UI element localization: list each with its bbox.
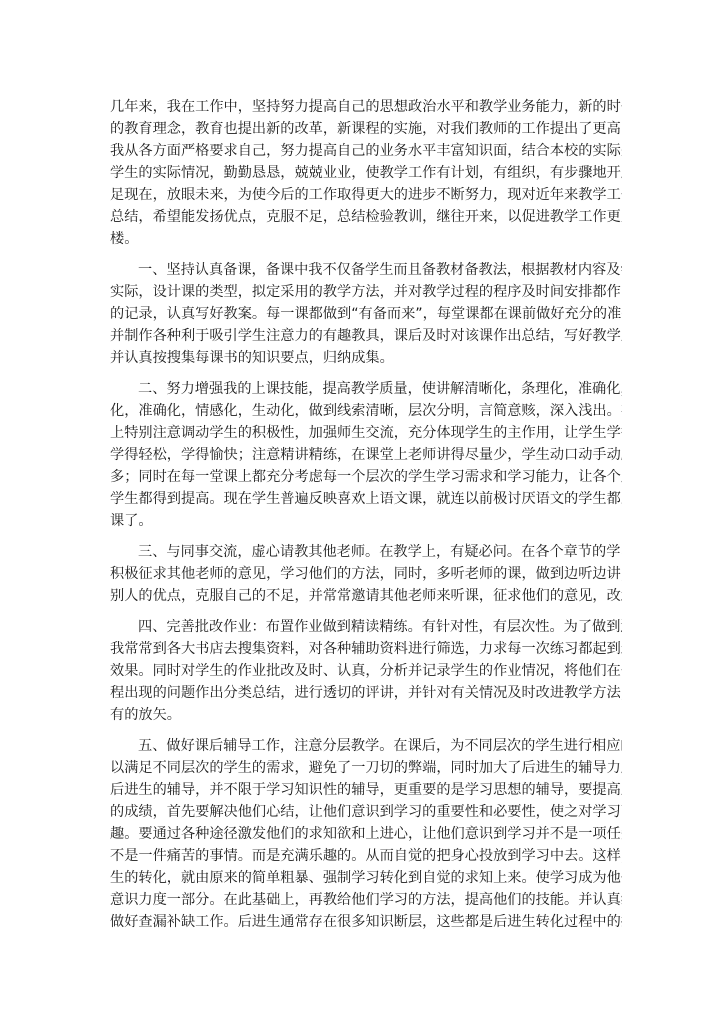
text-line: 多；同时在每一堂课上都充分考虑每一个层次的学生学习需求和学习能力，让各个层次的 — [110, 466, 622, 488]
text-line: 并制作各种利于吸引学生注意力的有趣教具，课后及时对该课作出总结，写好教学后记， — [110, 325, 622, 347]
text-line: 我从各方面严格要求自己，努力提高自己的业务水平丰富知识面，结合本校的实际条件和 — [110, 140, 622, 162]
section-3-heading-line: 三、与同事交流，虚心请教其他老师。在教学上，有疑必问。在各个章节的学习上都 — [110, 541, 622, 563]
text-line: 并认真按搜集每课书的知识要点，归纳成集。 — [110, 347, 622, 369]
text-line: 的记录，认真写好教案。每一课都做到“有备而来”，每堂课都在课前做好充分的准备， — [110, 303, 622, 325]
text-line: 学生都得到提高。现在学生普遍反映喜欢上语文课，就连以前极讨厌语文的学生都乐于上 — [110, 488, 622, 510]
text-line: 课了。 — [110, 510, 622, 532]
text-line: 的教育理念，教育也提出新的改革，新课程的实施，对我们教师的工作提出了更高的要求， — [110, 118, 622, 140]
section-3-paragraph: 三、与同事交流，虚心请教其他老师。在教学上，有疑必问。在各个章节的学习上都 积极… — [110, 541, 622, 607]
document-page: 几年来，我在工作中，坚持努力提高自己的思想政治水平和教学业务能力，新的时代，新 … — [110, 96, 622, 942]
text-line: 积极征求其他老师的意见，学习他们的方法，同时，多听老师的课，做到边听边讲，学习 — [110, 563, 622, 585]
section-4-heading-line: 四、完善批改作业：布置作业做到精读精练。有针对性，有层次性。为了做到这点， — [110, 616, 622, 638]
intro-paragraph: 几年来，我在工作中，坚持努力提高自己的思想政治水平和教学业务能力，新的时代，新 … — [110, 96, 622, 250]
text-line: 几年来，我在工作中，坚持努力提高自己的思想政治水平和教学业务能力，新的时代，新 — [110, 96, 622, 118]
text-line: 以满足不同层次的学生的需求，避免了一刀切的弊端，同时加大了后进生的辅导力度。对 — [110, 757, 622, 779]
text-line: 足现在，放眼未来，为使今后的工作取得更大的进步不断努力，现对近年来教学工作作出 — [110, 184, 622, 206]
text-line: 做好查漏补缺工作。后进生通常存在很多知识断层，这些都是后进生转化过程中的拌脚石， — [110, 911, 622, 933]
text-line: 楼。 — [110, 228, 622, 250]
text-line: 化，准确化，情感化，生动化，做到线索清晰，层次分明，言简意赅，深入浅出。在课堂 — [110, 400, 622, 422]
text-line: 不是一件痛苦的事情。而是充满乐趣的。从而自觉的把身心投放到学习中去。这样，后进 — [110, 845, 622, 867]
text-line: 上特别注意调动学生的积极性，加强师生交流，充分体现学生的主作用，让学生学得容易， — [110, 422, 622, 444]
text-line: 效果。同时对学生的作业批改及时、认真，分析并记录学生的作业情况，将他们在作业过 — [110, 660, 622, 682]
section-4-paragraph: 四、完善批改作业：布置作业做到精读精练。有针对性，有层次性。为了做到这点， 我常… — [110, 616, 622, 726]
section-5-heading-line: 五、做好课后辅导工作，注意分层教学。在课后，为不同层次的学生进行相应的辅导， — [110, 735, 622, 757]
text-line: 学生的实际情况，勤勤恳恳，兢兢业业，使教学工作有计划，有组织，有步骤地开展。立 — [110, 162, 622, 184]
text-line: 别人的优点，克服自己的不足，并常常邀请其他老师来听课，征求他们的意见，改进工作。 — [110, 585, 622, 607]
section-2-paragraph: 二、努力增强我的上课技能，提高教学质量，使讲解清晰化，条理化，准确化，条理 化，… — [110, 378, 622, 532]
text-line: 我常常到各大书店去搜集资料，对各种辅助资料进行筛选，力求每一次练习都起到最大的 — [110, 638, 622, 660]
text-line: 有的放矢。 — [110, 704, 622, 726]
text-line: 后进生的辅导，并不限于学习知识性的辅导，更重要的是学习思想的辅导，要提高后进生 — [110, 779, 622, 801]
text-line: 程出现的问题作出分类总结，进行透切的评讲，并针对有关情况及时改进教学方法，做到 — [110, 682, 622, 704]
text-line: 学得轻松，学得愉快；注意精讲精练，在课堂上老师讲得尽量少，学生动口动手动脑尽量 — [110, 444, 622, 466]
section-5-paragraph: 五、做好课后辅导工作，注意分层教学。在课后，为不同层次的学生进行相应的辅导， 以… — [110, 735, 622, 933]
text-line: 意识力度一部分。在此基础上，再教给他们学习的方法，提高他们的技能。并认真细致地 — [110, 889, 622, 911]
text-line: 生的转化，就由原来的简单粗暴、强制学习转化到自觉的求知上来。使学习成为他们自我 — [110, 867, 622, 889]
text-line: 实际，设计课的类型，拟定采用的教学方法，并对教学过程的程序及时间安排都作了详细 — [110, 281, 622, 303]
section-1-paragraph: 一、坚持认真备课，备课中我不仅备学生而且备教材备教法，根据教材内容及学生的 实际… — [110, 259, 622, 369]
section-2-heading-line: 二、努力增强我的上课技能，提高教学质量，使讲解清晰化，条理化，准确化，条理 — [110, 378, 622, 400]
text-line: 总结，希望能发扬优点，克服不足，总结检验教训，继往开来，以促进教学工作更上一层 — [110, 206, 622, 228]
section-1-heading-line: 一、坚持认真备课，备课中我不仅备学生而且备教材备教法，根据教材内容及学生的 — [110, 259, 622, 281]
text-line: 趣。要通过各种途径激发他们的求知欲和上进心，让他们意识到学习并不是一项任务，也 — [110, 823, 622, 845]
text-line: 的成绩，首先要解决他们心结，让他们意识到学习的重要性和必要性，使之对学习萌发兴 — [110, 801, 622, 823]
